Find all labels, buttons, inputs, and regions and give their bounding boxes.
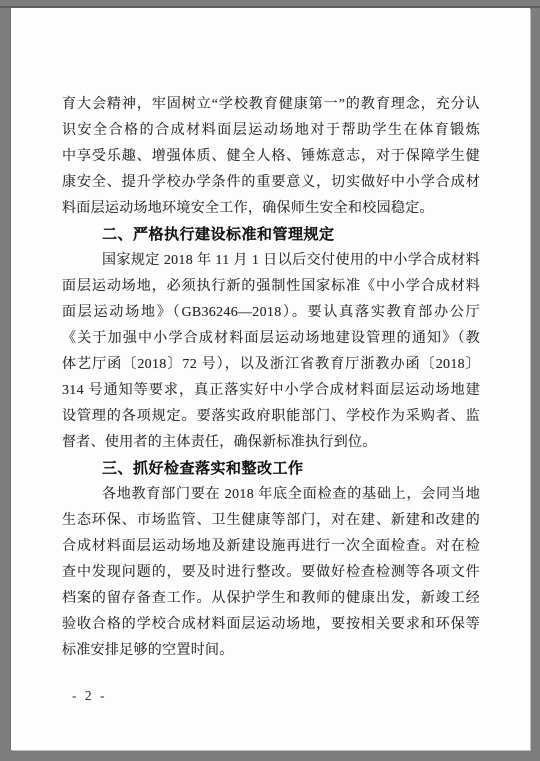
text-line: 314 号通知等要求，真正落实好中小学合成材料面层运动场地建 — [62, 378, 480, 404]
text-line: 标准安排足够的空置时间。 — [62, 638, 480, 664]
section-heading-3: 三、抓好检查落实和整改工作 — [62, 456, 480, 482]
text-line: 育大会精神，牢固树立“学校教育健康第一”的教育理念，充分认 — [62, 92, 480, 118]
text-line: 面层运动场地》（GB36246—2018）。要认真落实教育部办公厅 — [62, 300, 480, 326]
text-line: 康安全、提升学校办学条件的重要意义，切实做好中小学合成材 — [62, 170, 480, 196]
text-line: 合成材料面层运动场地及新建设施再进行一次全面检查。对在检 — [62, 534, 480, 560]
text-line: 识安全合格的合成材料面层运动场地对于帮助学生在体育锻炼 — [62, 118, 480, 144]
section-heading-2: 二、严格执行建设标准和管理规定 — [62, 222, 480, 248]
scanned-document-view: { "colors": { "scanner_border": "#7d7d7d… — [0, 0, 540, 761]
text-line: 督者、使用者的主体责任，确保新标准执行到位。 — [62, 430, 480, 456]
text-line: 面层运动场地，必须执行新的强制性国家标准《中小学合成材料 — [62, 274, 480, 300]
text-line: 《关于加强中小学合成材料面层运动场地建设管理的通知》（教 — [62, 326, 480, 352]
text-line: 各地教育部门要在 2018 年底全面检查的基础上，会同当地 — [62, 482, 480, 508]
text-line: 中享受乐趣、增强体质、健全人格、锤炼意志，对于保障学生健 — [62, 144, 480, 170]
text-line: 验收合格的学校合成材料面层运动场地，要按相关要求和环保等 — [62, 612, 480, 638]
page-number: - 2 - — [72, 688, 107, 704]
document-text-block: 育大会精神，牢固树立“学校教育健康第一”的教育理念，充分认 识安全合格的合成材料… — [62, 92, 480, 664]
document-page: 育大会精神，牢固树立“学校教育健康第一”的教育理念，充分认 识安全合格的合成材料… — [11, 8, 530, 750]
paragraph-continuation: 育大会精神，牢固树立“学校教育健康第一”的教育理念，充分认 识安全合格的合成材料… — [62, 92, 480, 222]
text-line: 料面层运动场地环境安全工作，确保师生安全和校园稳定。 — [62, 196, 480, 222]
text-line: 体艺厅函〔2018〕72 号），以及浙江省教育厅浙教办函〔2018〕 — [62, 352, 480, 378]
text-line: 设管理的各项规定。要落实政府职能部门、学校作为采购者、监 — [62, 404, 480, 430]
text-line: 档案的留存备查工作。从保护学生和教师的健康出发，新竣工经 — [62, 586, 480, 612]
body-paragraph-2: 国家规定 2018 年 11 月 1 日以后交付使用的中小学合成材料 面层运动场… — [62, 248, 480, 456]
text-line: 查中发现问题的，要及时进行整改。要做好检查检测等各项文件 — [62, 560, 480, 586]
text-line: 国家规定 2018 年 11 月 1 日以后交付使用的中小学合成材料 — [62, 248, 480, 274]
body-paragraph-3: 各地教育部门要在 2018 年底全面检查的基础上，会同当地 生态环保、市场监管、… — [62, 482, 480, 664]
text-line: 生态环保、市场监管、卫生健康等部门，对在建、新建和改建的 — [62, 508, 480, 534]
